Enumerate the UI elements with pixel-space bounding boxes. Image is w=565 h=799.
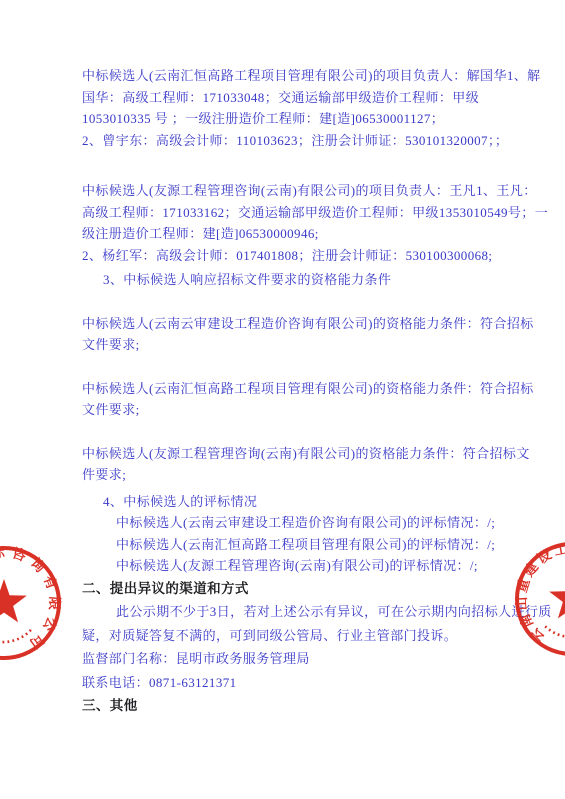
doc-line: 中标候选人(云南云审建设工程造价咨询有限公司)的资格能力条件：符合招标 [82, 313, 494, 335]
doc-line: 高级工程师：171033162；交通运输部甲级造价工程师：甲级135301054… [82, 202, 494, 224]
doc-line: 件要求; [82, 464, 494, 486]
doc-line: 中标候选人(友源工程管理咨询(云南)有限公司)的评标情况：/; [82, 555, 494, 577]
doc-line: 中标候选人(友源工程管理咨询(云南)有限公司)的项目负责人：王凡1、王凡： [82, 180, 494, 202]
doc-line: 文件要求; [82, 334, 494, 356]
star-icon [0, 579, 27, 622]
doc-line: 3、中标候选人响应招标文件要求的资格能力条件 [82, 269, 494, 291]
doc-line: 中标候选人(云南汇恒高路工程项目管理有限公司)的资格能力条件：符合招标 [82, 378, 494, 400]
section-heading: 二、提出异议的渠道和方式 [82, 577, 494, 601]
doc-line: 文件要求; [82, 399, 494, 421]
doc-line: 2、杨红军：高级会计师：017401808；注册会计师证：53010030006… [82, 245, 494, 267]
seal-right-arc-text: 云南山重建设工程 [513, 539, 565, 645]
seal-serial-dots [544, 625, 565, 638]
doc-line: 中标候选人(云南汇恒高路工程项目管理有限公司)的项目负责人：解国华1、解 [82, 65, 494, 87]
doc-line: 级注册造价工程师：建[造]06530000946; [82, 223, 494, 245]
doc-line: 疑，对质疑答复不满的，可到同级公管局、行业主管部门投诉。 [82, 624, 494, 648]
svg-text:招标咨询有限公司: 招标咨询有限公司 [0, 544, 63, 656]
svg-text:云南山重建设工程: 云南山重建设工程 [513, 539, 565, 645]
doc-line: 国华：高级工程师：171033048；交通运输部甲级造价工程师：甲级 [82, 87, 494, 109]
seal-left: 招标咨询有限公司 [0, 533, 74, 673]
document-body: 中标候选人(云南汇恒高路工程项目管理有限公司)的项目负责人：解国华1、解国华：高… [82, 65, 494, 718]
doc-line: 联系电话：0871-63121371 [82, 671, 494, 695]
doc-line: 此公示期不少于3日，若对上述公示有异议，可在公示期内向招标人进行质 [82, 600, 494, 624]
doc-line: 4、中标候选人的评标情况 [82, 491, 494, 513]
section-heading: 三、其他 [82, 694, 494, 718]
seal-left-arc-text: 招标咨询有限公司 [0, 544, 63, 656]
doc-line: 监督部门名称：昆明市政务服务管理局 [82, 647, 494, 671]
doc-line: 1053010335 号 ；一级注册造价工程师：建[造]06530001127； [82, 108, 494, 130]
announcement-document: 中标候选人(云南汇恒高路工程项目管理有限公司)的项目负责人：解国华1、解国华：高… [0, 0, 565, 799]
doc-line: 中标候选人(云南汇恒高路工程项目管理有限公司)的评标情况：/; [82, 534, 494, 556]
seal-right: 云南山重建设工程 [502, 529, 565, 669]
seal-serial-dots [0, 630, 31, 642]
doc-line: 中标候选人(云南云审建设工程造价咨询有限公司)的评标情况：/; [82, 512, 494, 534]
doc-line: 2、曾宇东：高级会计师：110103623；注册会计师证：53010132000… [82, 130, 494, 152]
doc-line: 中标候选人(友源工程管理咨询(云南)有限公司)的资格能力条件：符合招标文 [82, 443, 494, 465]
seal-ring [0, 548, 59, 658]
seal-ring [517, 544, 565, 654]
